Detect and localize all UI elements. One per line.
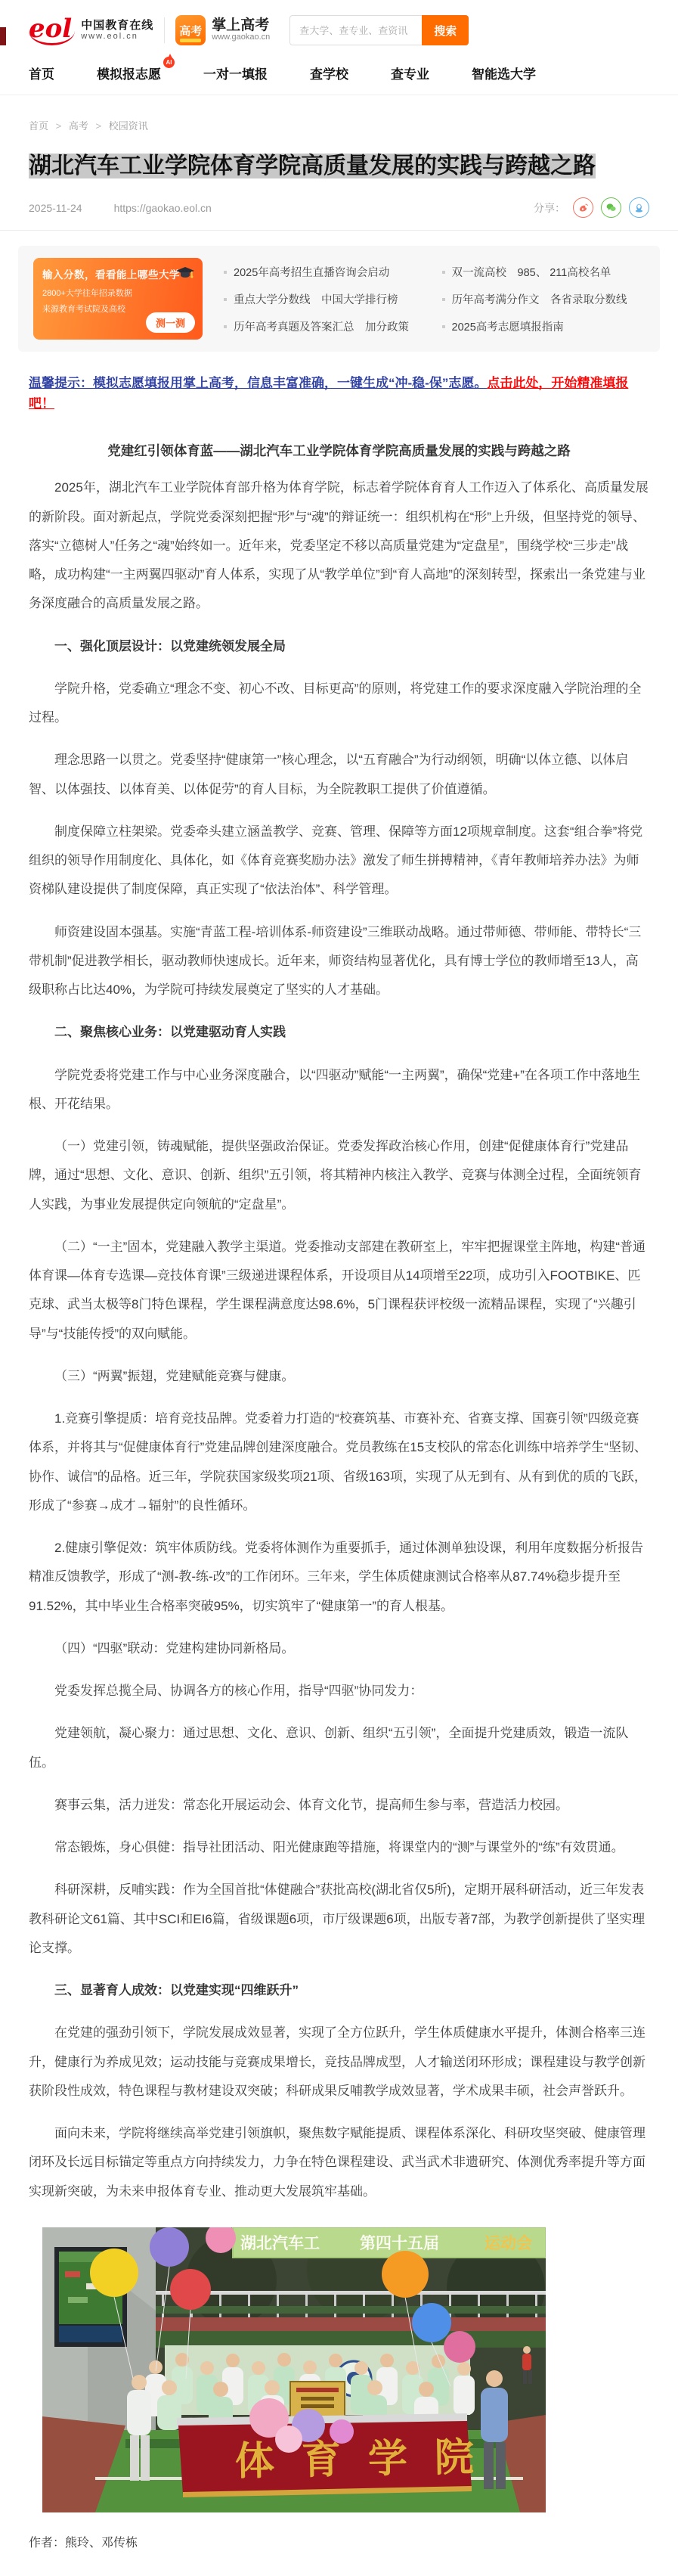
breadcrumb-separator: > bbox=[56, 120, 62, 132]
promo-link[interactable]: 2025高考志愿填报指南 bbox=[442, 318, 645, 334]
paragraph: 在党建的强劲引领下，学院发展成效显著，实现了全方位跃升，学生体质健康水平提升，体… bbox=[29, 2019, 649, 2106]
share-bar: 分享： bbox=[534, 197, 649, 218]
promo-links: 2025年高考招生直播咨询会启动 双一流高校 985、 211高校名单 重点大学… bbox=[224, 264, 645, 334]
main-nav: 首页 模拟报志愿AI 一对一填报 查学校 查专业 智能选大学 bbox=[0, 53, 678, 95]
try-it-button[interactable]: 测一测 bbox=[146, 312, 195, 333]
score-check-card[interactable]: 输入分数，看看能上哪些大学 2800+大学往年招录数据 来源教育考试院及高校 测… bbox=[33, 258, 203, 340]
paragraph: 科研深耕，反哺实践：作为全国首批“体健融合”获批高校(湖北省仅5所)，定期开展科… bbox=[29, 1876, 649, 1963]
svg-text:运动会: 运动会 bbox=[485, 2234, 532, 2252]
left-edge-tab bbox=[0, 27, 6, 45]
breadcrumb-home[interactable]: 首页 bbox=[29, 120, 48, 132]
page-title-text: 湖北汽车工业学院体育学院高质量发展的实践与跨越之路 bbox=[29, 154, 596, 178]
paragraph: 赛事云集，活力迸发：常态化开展运动会、体育文化节，提高师生参与率，营造活力校园。 bbox=[29, 1791, 649, 1820]
author-line: 作者：熊玲、邓传栋 bbox=[29, 2533, 649, 2550]
score-check-title: 输入分数，看看能上哪些大学 bbox=[42, 266, 193, 281]
logo-separator bbox=[164, 17, 165, 43]
svg-text:第四十五届: 第四十五届 bbox=[360, 2234, 439, 2252]
nav-item-majors[interactable]: 查专业 bbox=[391, 64, 429, 82]
paragraph: 面向未来，学院将继续高举党建引领旗帜，聚焦数字赋能提质、课程体系深化、科研攻坚突… bbox=[29, 2119, 649, 2206]
paragraph: 制度保障立柱架梁。党委牵头建立涵盖教学、竞赛、管理、保障等方面12项规章制度。这… bbox=[29, 818, 649, 905]
sports-college-group-photo: 湖北汽车工 第四十五届 运动会 bbox=[42, 2227, 546, 2512]
stadium-banner: 湖北汽车工 第四十五届 运动会 bbox=[233, 2227, 546, 2258]
article-meta: 2025-11-24 https://gaokao.eol.cn 分享： bbox=[29, 197, 649, 218]
wechat-share-icon[interactable] bbox=[601, 197, 621, 218]
paragraph: 2.健康引擎促效：筑牢体质防线。党委将体测作为重要抓手，通过体测单独设课，利用年… bbox=[29, 1534, 649, 1621]
breadcrumb-gaokao[interactable]: 高考 bbox=[69, 120, 88, 132]
nav-item-schools[interactable]: 查学校 bbox=[310, 64, 348, 82]
svg-text:体育学院: 体育学院 bbox=[234, 2434, 501, 2484]
article-photo: 湖北汽车工 第四十五届 运动会 bbox=[42, 2227, 546, 2516]
paragraph: （一）党建引领，铸魂赋能，提供坚强政治保证。党委发挥政治核心作用，创建“促健康体… bbox=[29, 1132, 649, 1219]
source-url[interactable]: https://gaokao.eol.cn bbox=[114, 202, 212, 214]
promo-box: 输入分数，看看能上哪些大学 2800+大学往年招录数据 来源教育考试院及高校 测… bbox=[18, 246, 660, 352]
paragraph: （三）“两翼”振翅，党建赋能竞赛与健康。 bbox=[29, 1362, 649, 1391]
publish-date: 2025-11-24 bbox=[29, 202, 82, 214]
paragraph: 学院党委将党建工作与中心业务深度融合，以“四驱动”赋能“一主两翼”，确保“党建+… bbox=[29, 1061, 649, 1119]
paragraph: 党建领航，凝心聚力：通过思想、文化、意识、创新、组织“五引领”，全面提升党建质效… bbox=[29, 1719, 649, 1777]
eol-logo-url: www.eol.cn bbox=[81, 32, 153, 41]
gaokao-logo[interactable]: 高考 掌上高考 www.gaokao.cn bbox=[175, 15, 270, 45]
section-heading-1: 一、强化顶层设计：以党建统领发展全局 bbox=[29, 632, 649, 661]
page-title: 湖北汽车工业学院体育学院高质量发展的实践与跨越之路 bbox=[29, 151, 649, 182]
eol-logo-mark: eol bbox=[29, 16, 75, 45]
paragraph: （四）“四驱”联动：党建构建协同新格局。 bbox=[29, 1634, 649, 1663]
nav-item-mock-apply-label: 模拟报志愿 bbox=[97, 67, 161, 82]
site-header: eol 中国教育在线 www.eol.cn 高考 掌上高考 www.gaokao… bbox=[0, 0, 678, 53]
article-subtitle: 党建红引领体育蓝——湖北汽车工业学院体育学院高质量发展的实践与跨越之路 bbox=[29, 441, 649, 460]
page: eol 中国教育在线 www.eol.cn 高考 掌上高考 www.gaokao… bbox=[0, 0, 678, 2550]
section-heading-3: 三、显著育人成效：以党建实现“四维跃升” bbox=[29, 1976, 649, 2005]
svg-text:湖北汽车工: 湖北汽车工 bbox=[240, 2234, 320, 2252]
paragraph: （二）“一主”固本，党建融入教学主渠道。党委推动支部建在教研室上，牢牢把握课堂主… bbox=[29, 1233, 649, 1349]
breadcrumb: 首页 > 高考 > 校园资讯 bbox=[29, 118, 649, 132]
paragraph: 党委发挥总揽全局、协调各方的核心作用，指导“四驱”协同发力： bbox=[29, 1677, 649, 1705]
share-label: 分享： bbox=[534, 200, 565, 216]
promo-link[interactable]: 双一流高校 985、 211高校名单 bbox=[442, 264, 645, 280]
nav-item-smart-select[interactable]: 智能选大学 bbox=[472, 64, 536, 82]
paragraph: 理念思路一以贯之。党委坚持“健康第一”核心理念，以“五育融合”为行动纲领，明确“… bbox=[29, 746, 649, 804]
promo-link[interactable]: 历年高考真题及答案汇总 加分政策 bbox=[224, 318, 427, 334]
gaokao-logo-icon: 高考 bbox=[175, 15, 206, 45]
nav-item-one-on-one[interactable]: 一对一填报 bbox=[203, 64, 268, 82]
qq-share-icon[interactable] bbox=[629, 197, 649, 218]
nav-item-mock-apply[interactable]: 模拟报志愿AI bbox=[97, 64, 161, 82]
weibo-share-icon[interactable] bbox=[573, 197, 593, 218]
ai-flame-badge: AI bbox=[163, 57, 175, 68]
nav-item-home[interactable]: 首页 bbox=[29, 64, 54, 82]
meta-divider bbox=[0, 230, 678, 231]
graduation-cap-icon bbox=[175, 265, 195, 284]
article-body: 2025年，湖北汽车工业学院体育部升格为体育学院，标志着学院体育育人工作迈入了体… bbox=[29, 473, 649, 2206]
search-input[interactable] bbox=[289, 15, 422, 45]
paragraph: 1.竞赛引擎提质：培育竞技品牌。党委着力打造的“校赛筑基、市赛补充、省赛支撑、国… bbox=[29, 1404, 649, 1520]
score-check-line2: 2800+大学往年招录数据 bbox=[42, 287, 193, 299]
section-heading-2: 二、聚焦核心业务：以党建驱动育人实践 bbox=[29, 1018, 649, 1047]
eol-logo-name: 中国教育在线 bbox=[81, 20, 153, 33]
tip-notice-text[interactable]: 温馨提示：模拟志愿填报用掌上高考，信息丰富准确，一键生成“冲-稳-保”志愿。 bbox=[29, 376, 487, 390]
gaokao-logo-name: 掌上高考 bbox=[212, 18, 270, 33]
breadcrumb-campus-news[interactable]: 校园资讯 bbox=[109, 120, 148, 132]
paragraph: 2025年，湖北汽车工业学院体育部升格为体育学院，标志着学院体育育人工作迈入了体… bbox=[29, 473, 649, 618]
promo-link[interactable]: 历年高考满分作文 各省录取分数线 bbox=[442, 291, 645, 307]
eol-logo[interactable]: eol 中国教育在线 www.eol.cn bbox=[29, 16, 153, 45]
paragraph: 常态锻炼，身心俱健：指导社团活动、阳光健康跑等措施，将课堂内的“测”与课堂外的“… bbox=[29, 1833, 649, 1862]
paragraph: 师资建设固本强基。实施“青蓝工程-培训体系-师资建设”三维联动战略。通过带师德、… bbox=[29, 918, 649, 1005]
tip-notice: 温馨提示：模拟志愿填报用掌上高考，信息丰富准确，一键生成“冲-稳-保”志愿。点击… bbox=[29, 373, 649, 414]
search-bar: 搜索 bbox=[289, 15, 469, 45]
paragraph: 学院升格，党委确立“理念不变、初心不改、目标更高”的原则，将党建工作的要求深度融… bbox=[29, 675, 649, 733]
search-button[interactable]: 搜索 bbox=[422, 15, 469, 45]
promo-link[interactable]: 2025年高考招生直播咨询会启动 bbox=[224, 264, 427, 280]
breadcrumb-separator: > bbox=[96, 120, 102, 132]
promo-link[interactable]: 重点大学分数线 中国大学排行榜 bbox=[224, 291, 427, 307]
gaokao-logo-url: www.gaokao.cn bbox=[212, 33, 270, 42]
